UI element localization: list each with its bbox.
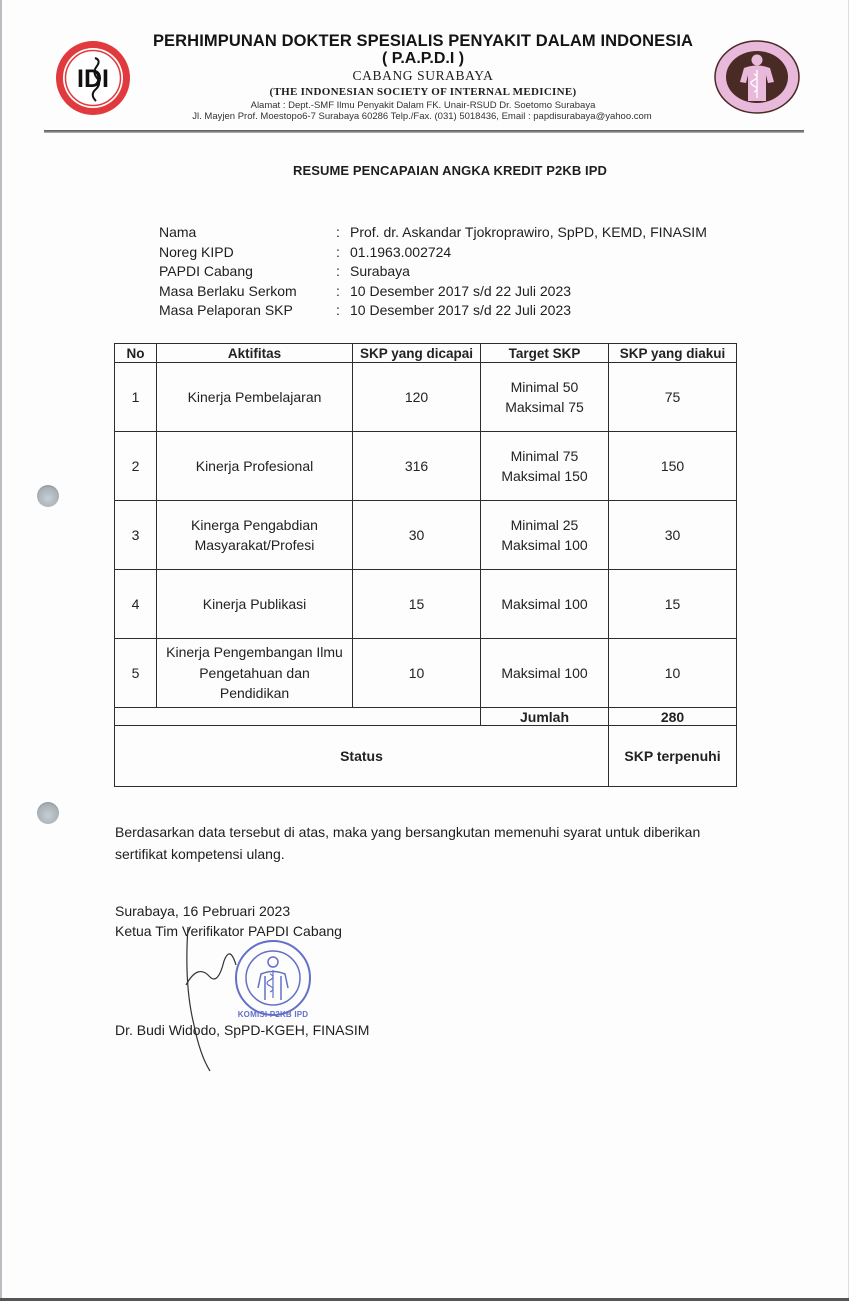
- identity-label: Masa Berlaku Serkom: [159, 282, 336, 302]
- cell-line: Maksimal 100: [483, 535, 606, 556]
- cell-line: Maksimal 75: [483, 397, 606, 418]
- identity-value: 10 Desember 2017 s/d 22 Juli 2023: [350, 282, 571, 302]
- cell-line: Pengetahuan dan: [159, 663, 350, 684]
- cell-no: 4: [115, 570, 157, 639]
- cell-line: Kinerja Publikasi: [159, 594, 350, 615]
- table-status-row: Status SKP terpenuhi: [115, 726, 737, 787]
- address-line-2: Jl. Mayjen Prof. Moestopo6-7 Surabaya 60…: [120, 111, 724, 122]
- cell-line: Minimal 50: [483, 377, 606, 398]
- identity-row-pelaporan: Masa Pelaporan SKP : 10 Desember 2017 s/…: [159, 301, 707, 321]
- column-header-achieved: SKP yang dicapai: [353, 344, 481, 363]
- total-label: Jumlah: [481, 708, 609, 726]
- column-header-target: Target SKP: [481, 344, 609, 363]
- column-header-activity: Aktifitas: [157, 344, 353, 363]
- identity-row-noreg: Noreg KIPD : 01.1963.002724: [159, 243, 707, 263]
- identity-separator: :: [336, 282, 350, 302]
- identity-separator: :: [336, 262, 350, 282]
- cell-no: 5: [115, 639, 157, 708]
- identity-value: Surabaya: [350, 262, 410, 282]
- status-value: SKP terpenuhi: [609, 726, 737, 787]
- cell-target: Minimal 50Maksimal 75: [481, 363, 609, 432]
- identity-row-serkom: Masa Berlaku Serkom : 10 Desember 2017 s…: [159, 282, 707, 302]
- identity-block: Nama : Prof. dr. Askandar Tjokroprawiro,…: [159, 223, 707, 321]
- identity-separator: :: [336, 243, 350, 263]
- identity-label: Nama: [159, 223, 336, 243]
- cell-acknowledged: 15: [609, 570, 737, 639]
- place-date: Surabaya, 16 Pebruari 2023: [115, 901, 342, 921]
- status-label: Status: [115, 726, 609, 787]
- table-row: 5Kinerja Pengembangan IlmuPengetahuan da…: [115, 639, 737, 708]
- identity-separator: :: [336, 223, 350, 243]
- cell-acknowledged: 75: [609, 363, 737, 432]
- cell-line: Masyarakat/Profesi: [159, 535, 350, 556]
- cell-achieved: 30: [353, 501, 481, 570]
- cell-no: 1: [115, 363, 157, 432]
- binder-hole-icon: [37, 802, 59, 824]
- cell-line: Maksimal 150: [483, 466, 606, 487]
- cell-line: Kinerja Pembelajaran: [159, 387, 350, 408]
- cell-target: Maksimal 100: [481, 570, 609, 639]
- idi-logo-icon: IDI: [53, 38, 133, 118]
- cell-line: Pendidikan: [159, 683, 350, 704]
- papdi-seal-icon: [714, 40, 800, 114]
- cell-achieved: 316: [353, 432, 481, 501]
- cell-acknowledged: 150: [609, 432, 737, 501]
- identity-label: Noreg KIPD: [159, 243, 336, 263]
- cell-activity: Kinerja Profesional: [157, 432, 353, 501]
- cell-activity: Kinerja Publikasi: [157, 570, 353, 639]
- identity-row-nama: Nama : Prof. dr. Askandar Tjokroprawiro,…: [159, 223, 707, 243]
- identity-label: PAPDI Cabang: [159, 262, 336, 282]
- cell-no: 2: [115, 432, 157, 501]
- branch-name: CABANG SURABAYA: [138, 68, 708, 84]
- binder-hole-icon: [37, 485, 59, 507]
- cell-acknowledged: 30: [609, 501, 737, 570]
- cell-target: Minimal 25Maksimal 100: [481, 501, 609, 570]
- table-row: 1Kinerja Pembelajaran120Minimal 50Maksim…: [115, 363, 737, 432]
- cell-achieved: 15: [353, 570, 481, 639]
- conclusion-text: Berdasarkan data tersebut di atas, maka …: [115, 821, 745, 865]
- cell-acknowledged: 10: [609, 639, 737, 708]
- idi-logo-text: IDI: [77, 65, 109, 93]
- cell-target: Minimal 75Maksimal 150: [481, 432, 609, 501]
- table-row: 4Kinerja Publikasi15Maksimal 10015: [115, 570, 737, 639]
- letterhead-divider: [44, 130, 804, 133]
- cell-line: Maksimal 100: [483, 663, 606, 684]
- signer-name: Dr. Budi Widodo, SpPD-KGEH, FINASIM: [115, 1022, 369, 1038]
- identity-separator: :: [336, 301, 350, 321]
- total-spacer: [115, 708, 481, 726]
- page-edge-left: [0, 0, 2, 1301]
- identity-row-cabang: PAPDI Cabang : Surabaya: [159, 262, 707, 282]
- total-value: 280: [609, 708, 737, 726]
- identity-label: Masa Pelaporan SKP: [159, 301, 336, 321]
- cell-achieved: 10: [353, 639, 481, 708]
- cell-activity: Kinerga PengabdianMasyarakat/Profesi: [157, 501, 353, 570]
- cell-achieved: 120: [353, 363, 481, 432]
- cell-activity: Kinerja Pembelajaran: [157, 363, 353, 432]
- cell-line: Minimal 75: [483, 446, 606, 467]
- cell-line: Kinerga Pengabdian: [159, 515, 350, 536]
- cell-line: Kinerja Profesional: [159, 456, 350, 477]
- table-total-row: Jumlah 280: [115, 708, 737, 726]
- column-header-acknowledged: SKP yang diakui: [609, 344, 737, 363]
- table-row: 3Kinerga PengabdianMasyarakat/Profesi30M…: [115, 501, 737, 570]
- table-row: 2Kinerja Profesional316Minimal 75Maksima…: [115, 432, 737, 501]
- document-title: RESUME PENCAPAIAN ANGKA KREDIT P2KB IPD: [150, 163, 750, 178]
- organization-name: PERHIMPUNAN DOKTER SPESIALIS PENYAKIT DA…: [138, 32, 708, 51]
- cell-line: Minimal 25: [483, 515, 606, 536]
- table-header-row: No Aktifitas SKP yang dicapai Target SKP…: [115, 344, 737, 363]
- identity-value: Prof. dr. Askandar Tjokroprawiro, SpPD, …: [350, 223, 707, 243]
- organization-abbreviation: ( P.A.P.D.I ): [138, 50, 708, 68]
- skp-table: No Aktifitas SKP yang dicapai Target SKP…: [114, 343, 737, 787]
- cell-no: 3: [115, 501, 157, 570]
- society-english-name: (THE INDONESIAN SOCIETY OF INTERNAL MEDI…: [138, 86, 708, 98]
- cell-target: Maksimal 100: [481, 639, 609, 708]
- signature-icon: [180, 925, 260, 1075]
- cell-line: Kinerja Pengembangan Ilmu: [159, 642, 350, 663]
- identity-value: 01.1963.002724: [350, 243, 451, 263]
- column-header-no: No: [115, 344, 157, 363]
- cell-activity: Kinerja Pengembangan IlmuPengetahuan dan…: [157, 639, 353, 708]
- cell-line: Maksimal 100: [483, 594, 606, 615]
- identity-value: 10 Desember 2017 s/d 22 Juli 2023: [350, 301, 571, 321]
- address-line-1: Alamat : Dept.-SMF Ilmu Penyakit Dalam F…: [138, 100, 708, 111]
